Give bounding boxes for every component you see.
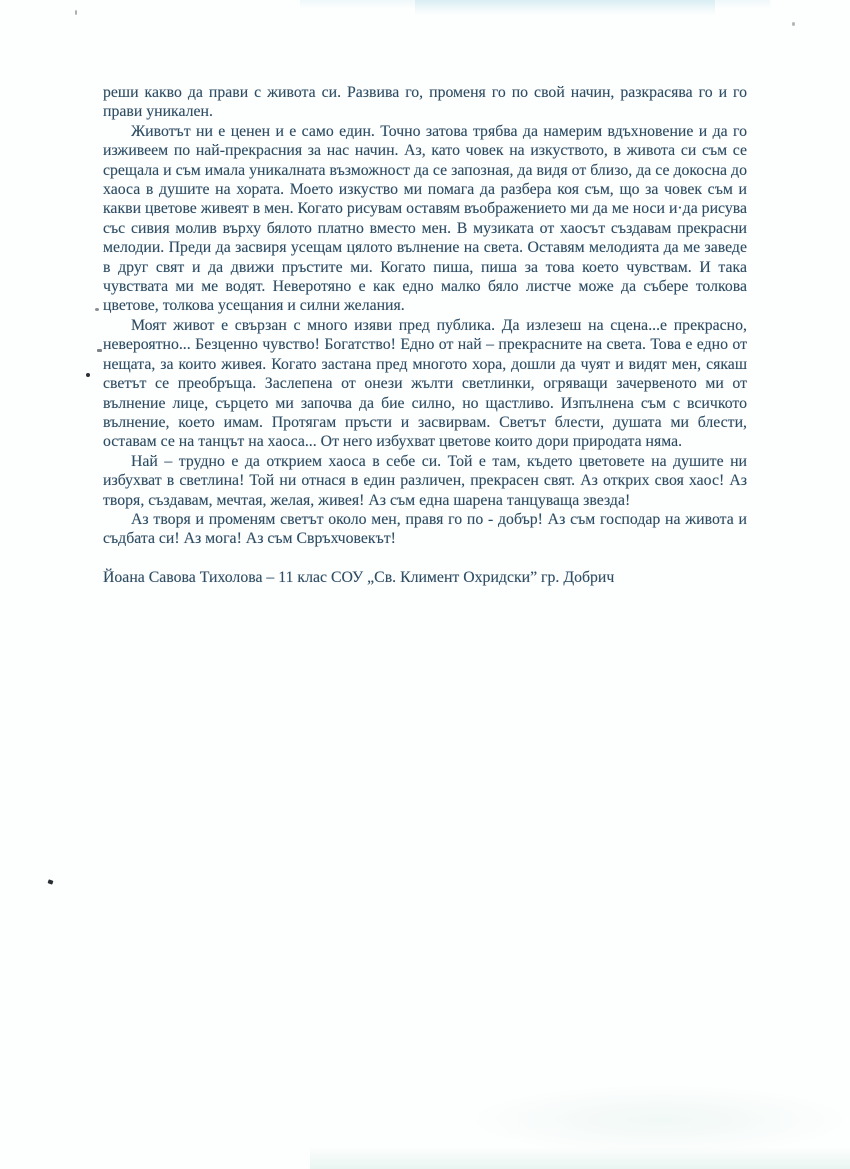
scan-tint-top-wide <box>300 0 770 8</box>
scan-speck <box>47 879 53 884</box>
essay-paragraph-chaos: Най – трудно е да открием хаоса в себе с… <box>103 452 747 510</box>
scan-speck <box>95 308 99 311</box>
essay-paragraph-continuation: реши какво да прави с живота си. Развива… <box>103 83 747 122</box>
essay-paragraph-life-value: Животът ни е ценен и е само един. Точно … <box>103 122 747 316</box>
scan-speck <box>792 22 795 26</box>
essay-paragraph-conclusion: Аз творя и променям светът около мен, пр… <box>103 510 747 549</box>
scan-tint-bottom <box>310 1147 850 1169</box>
scanned-document-page: реши какво да прави с живота си. Развива… <box>0 0 850 1169</box>
essay-paragraph-stage: Моят живот е свързан с много изяви пред … <box>103 316 747 452</box>
scan-speck <box>86 373 90 377</box>
scan-tint-top <box>415 0 715 15</box>
essay-text-block: реши какво да прави с живота си. Развива… <box>103 83 747 588</box>
scan-speck <box>97 349 102 352</box>
scan-tint-bottom-blotch <box>470 1085 850 1155</box>
scan-speck <box>75 10 77 15</box>
signature-line: Йоана Савова Тихолова – 11 клас СОУ „Св.… <box>103 568 747 587</box>
